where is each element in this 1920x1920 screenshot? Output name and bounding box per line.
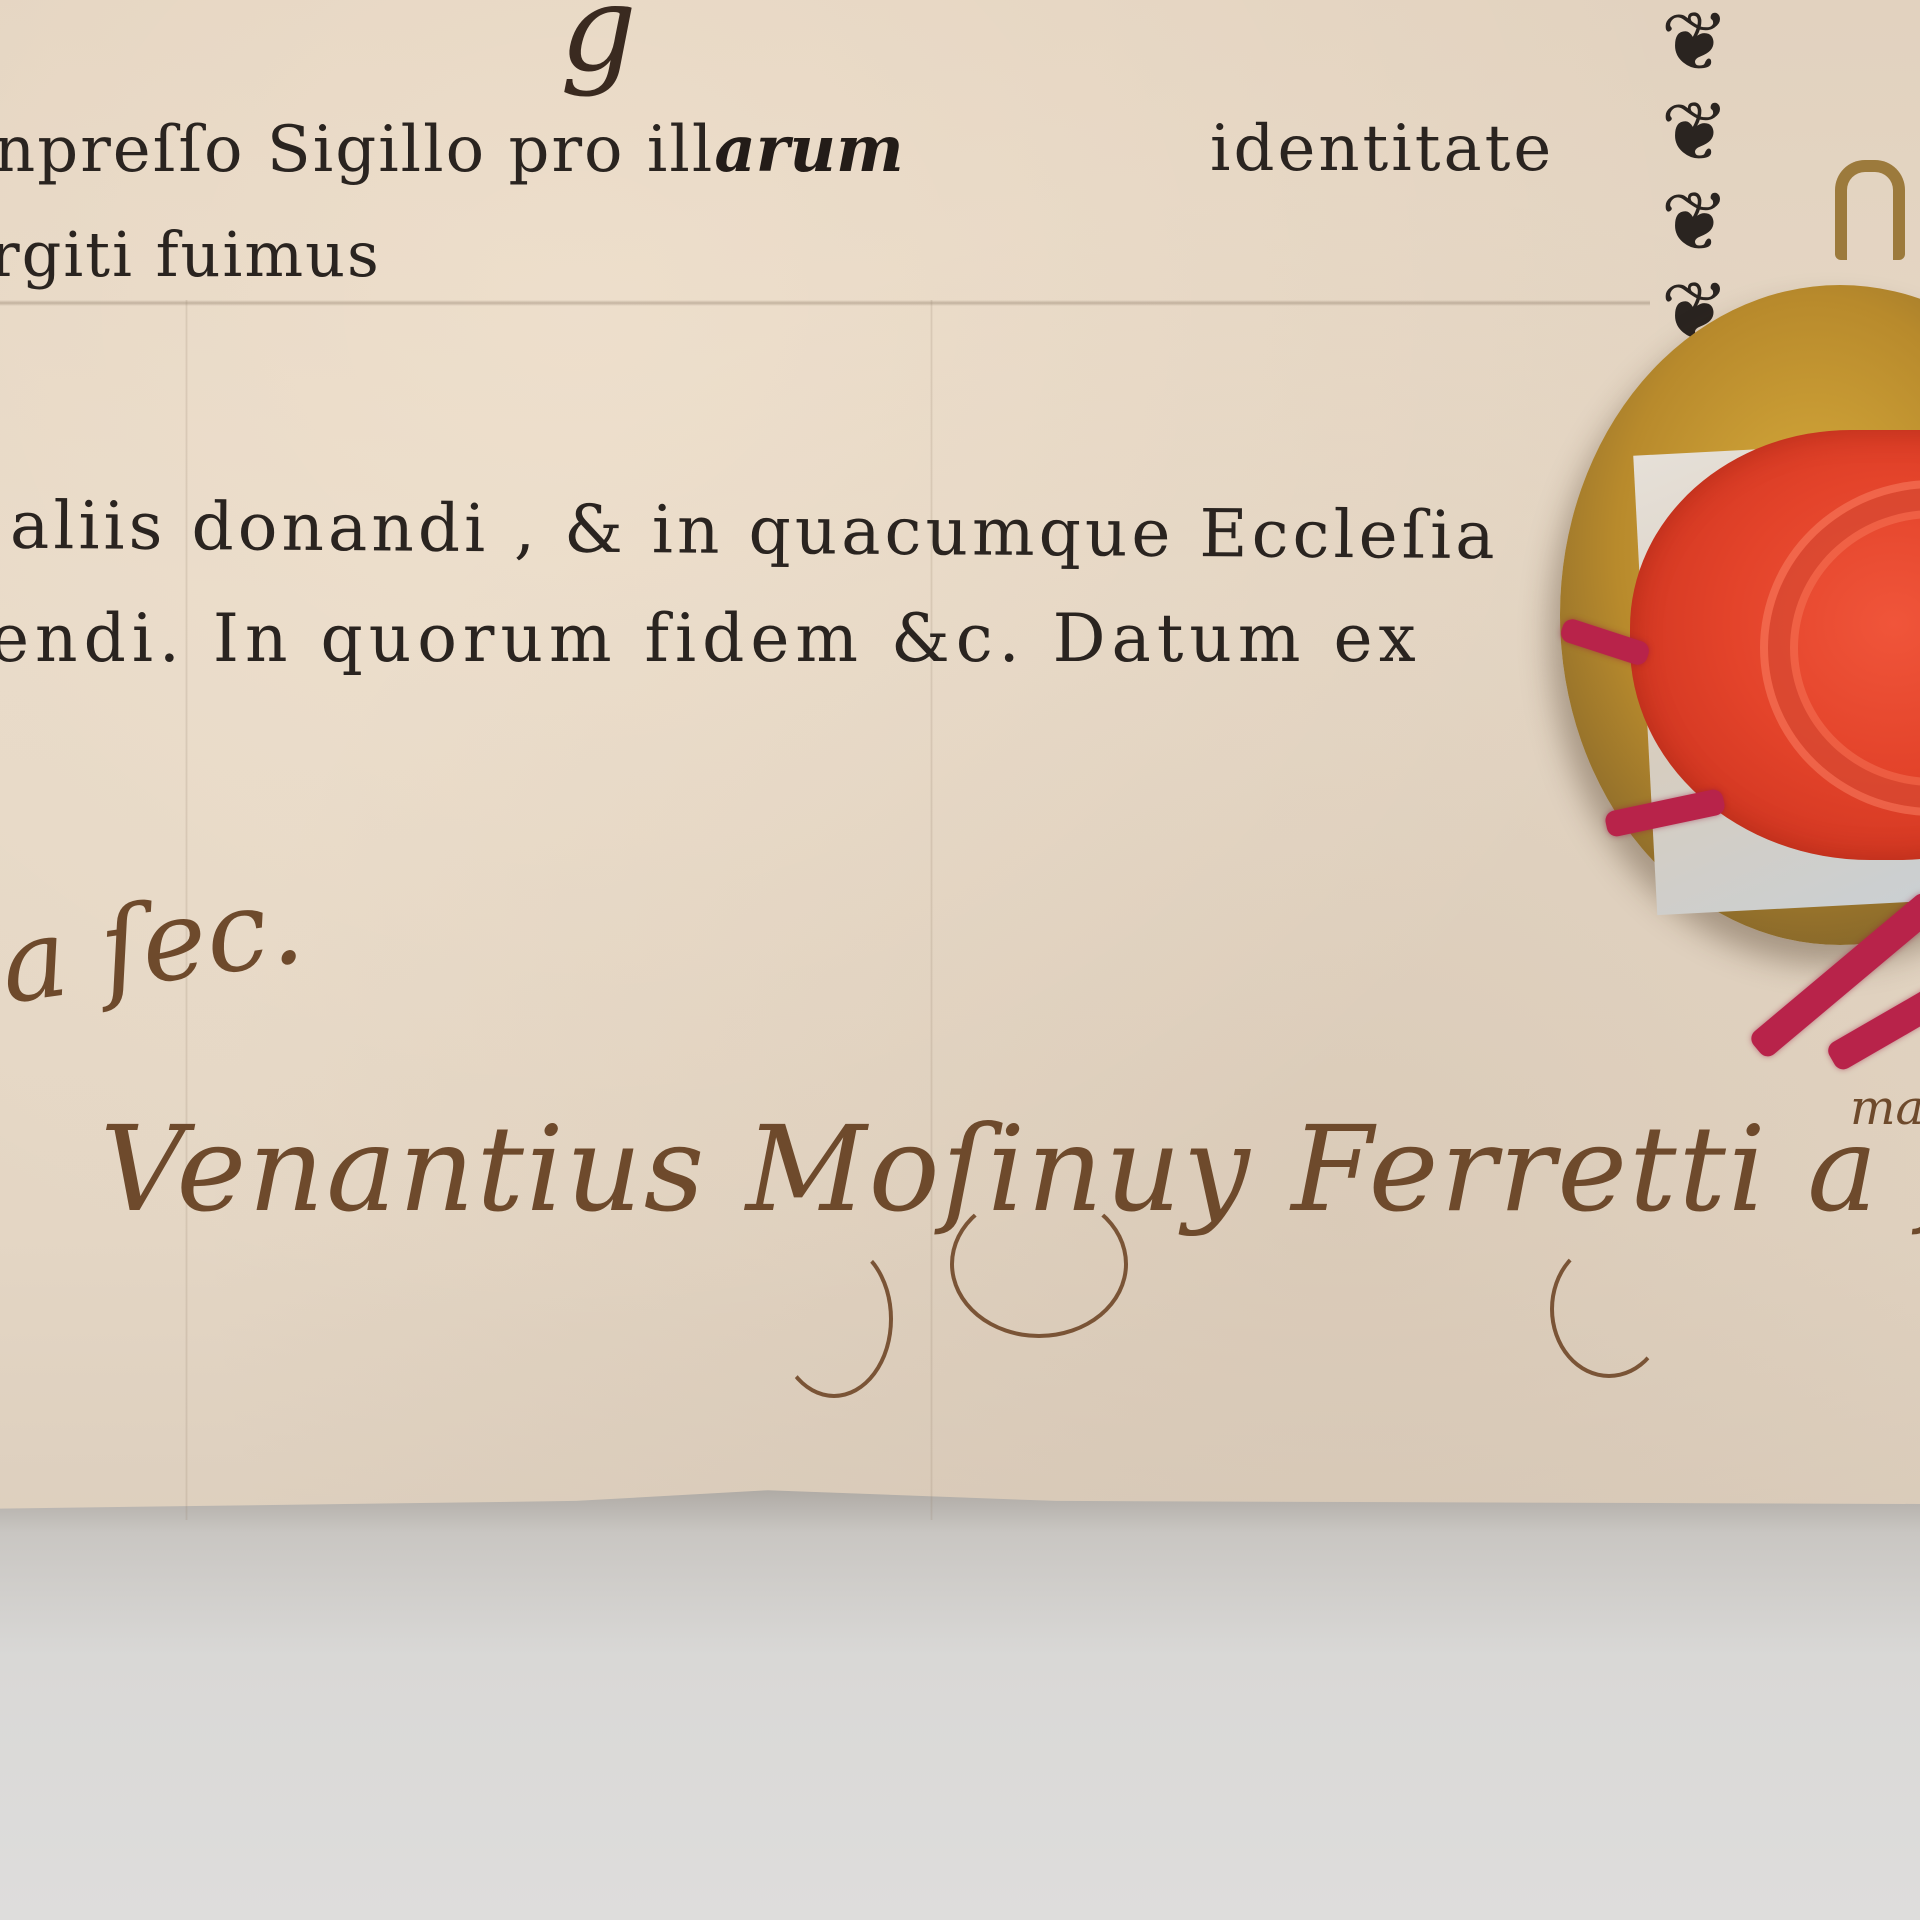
signature-flourish — [775, 1240, 893, 1398]
paper-fold-horizontal — [0, 300, 1650, 306]
signature-flourish — [1550, 1240, 1668, 1378]
printed-line-3: aliis donandi , & in quacumque Eccleſia — [10, 487, 1499, 574]
backdrop-surface — [0, 1480, 1920, 1920]
printed-text: npreſſo Sigillo pro ill — [0, 113, 714, 187]
printed-line-4: endi. In quorum fidem &c. Datum ex — [0, 600, 1422, 677]
printed-line-1: npreſſo Sigillo pro illarum — [0, 112, 904, 187]
signature-flourish — [950, 1190, 1128, 1338]
ornament-icon: ❦ — [1661, 0, 1730, 86]
wax-seal-case — [1560, 160, 1920, 1140]
printed-word-identitate: identitate — [1210, 112, 1554, 186]
handwritten-insert: arum — [714, 112, 903, 187]
seal-hanging-loop — [1835, 160, 1905, 260]
printed-line-2: rgiti fuimus — [0, 218, 381, 291]
handwritten-fragment-top: g — [560, 0, 637, 99]
paper-fold-vertical — [930, 300, 933, 1520]
